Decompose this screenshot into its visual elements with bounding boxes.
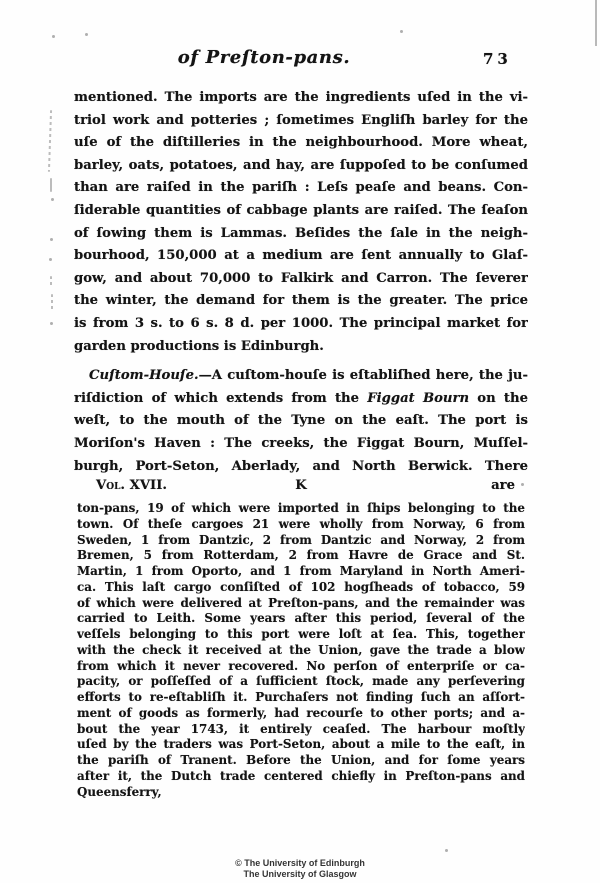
body-line: mentioned. The imports are the ingredien… <box>74 87 528 110</box>
signature-mark: K <box>295 475 306 498</box>
margin-mark <box>51 198 54 201</box>
attribution-line: © The University of Edinburgh <box>0 858 600 869</box>
small-line: with the check it received at the Union,… <box>77 643 525 659</box>
custom-house-paragraph: Cuſtom-Houſe.—A cuſtom-houſe is eſtabliſ… <box>74 365 528 478</box>
scan-speck <box>521 483 524 486</box>
body-line: barley, oats, potatoes, and hay, are ſup… <box>74 155 528 178</box>
scan-speck <box>52 35 55 38</box>
small-line: the pariſh of Tranent. Before the Union,… <box>77 753 525 769</box>
attribution-line: The University of Glasgow <box>0 869 600 880</box>
scan-speck <box>445 849 448 852</box>
small-line: bout the year 1743, it entirely ceaſed. … <box>77 722 525 738</box>
body-line: Cuſtom-Houſe.—A cuſtom-houſe is eſtabliſ… <box>74 365 528 388</box>
scan-edge-artifact <box>595 0 597 46</box>
body-line: Moriſon's Haven : The creeks, the Figgat… <box>74 433 528 456</box>
small-line: Queensferry, <box>77 785 525 801</box>
catchword: are <box>307 475 528 498</box>
small-line: of which were delivered at Preſton-pans,… <box>77 596 525 612</box>
body-line: riſdiction of which extends from the Fig… <box>74 388 528 411</box>
small-text-block: ton-pans, 19 of which were imported in ſ… <box>77 501 525 800</box>
small-line: ca. This laſt cargo conſiſted of 102 hog… <box>77 580 525 596</box>
body-line: than are raiſed in the pariſh : Leſs pea… <box>74 177 528 200</box>
body-line: ſiderable quantities of cabbage plants a… <box>74 200 528 223</box>
small-line: pacity, or poſſeſſed of a ſufficient ſto… <box>77 674 525 690</box>
scan-speck <box>85 33 88 36</box>
body-line: gow, and about 70,000 to Falkirk and Car… <box>74 268 528 291</box>
margin-mark <box>49 258 52 261</box>
body-line: weſt, to the mouth of the Tyne on the ea… <box>74 410 528 433</box>
body-line: garden productions is Edinburgh. <box>74 336 528 359</box>
small-line: uſed by the traders was Port-Seton, abou… <box>77 737 525 753</box>
signature-line: Vol. XVII. K are <box>74 475 528 498</box>
small-line: veſſels belonging to this port were loſt… <box>77 627 525 643</box>
small-line: ment of goods as formerly, had recourſe … <box>77 706 525 722</box>
volume-label: Vol. XVII. <box>74 475 295 498</box>
scan-speck <box>208 346 211 349</box>
small-line: Sweden, 1 from Dantzic, 2 from Dantzic a… <box>77 533 525 549</box>
running-head-title: of Preſton-pans. <box>0 47 528 68</box>
margin-mark <box>50 238 53 241</box>
scanned-book-page: of Preſton-pans. 73 mentioned. The impor… <box>0 0 600 883</box>
body-line: is from 3 s. to 6 s. 8 d. per 1000. The … <box>74 313 528 336</box>
main-text-block: mentioned. The imports are the ingredien… <box>74 87 528 498</box>
margin-mark <box>50 178 52 192</box>
small-line: town. Of theſe cargoes 21 were wholly fr… <box>77 517 525 533</box>
paragraph-lead-italic: Cuſtom-Houſe. <box>89 368 199 383</box>
small-line: from which it never recovered. No perſon… <box>77 659 525 675</box>
small-line: Bremen, 5 from Rotterdam, 2 from Havre d… <box>77 548 525 564</box>
body-line: uſe of the diſtilleries in the neighbour… <box>74 132 528 155</box>
margin-mark <box>51 294 53 310</box>
small-line: efforts to re-eſtabliſh it. Purchaſers n… <box>77 690 525 706</box>
small-line: ton-pans, 19 of which were imported in ſ… <box>77 501 525 517</box>
body-line: the winter, the demand for them is the g… <box>74 290 528 313</box>
small-line: after it, the Dutch trade centered chief… <box>77 769 525 785</box>
place-name-italic: Figgat Bourn <box>367 391 469 406</box>
small-line: Martin, 1 from Oporto, and 1 from Maryla… <box>77 564 525 580</box>
margin-mark <box>50 322 53 325</box>
body-line: triol work and potteries ; ſometimes Eng… <box>74 110 528 133</box>
margin-mark <box>48 110 52 172</box>
body-line-text: —A cuſtom-houſe is eſtabliſhed here, the… <box>199 368 528 383</box>
body-line: bourhood, 150,000 at a medium are ſent a… <box>74 245 528 268</box>
attribution-footer: © The University of Edinburgh The Univer… <box>0 858 600 880</box>
scan-speck <box>400 30 403 33</box>
body-line: of ſowing them is Lammas. Beſides the ſa… <box>74 223 528 246</box>
margin-mark <box>50 276 52 286</box>
body-line-text: on the <box>469 391 528 406</box>
small-line: carried to Leith. Some years after this … <box>77 611 525 627</box>
page-number: 73 <box>483 50 512 68</box>
body-line-text: riſdiction of which extends from the <box>74 391 367 406</box>
